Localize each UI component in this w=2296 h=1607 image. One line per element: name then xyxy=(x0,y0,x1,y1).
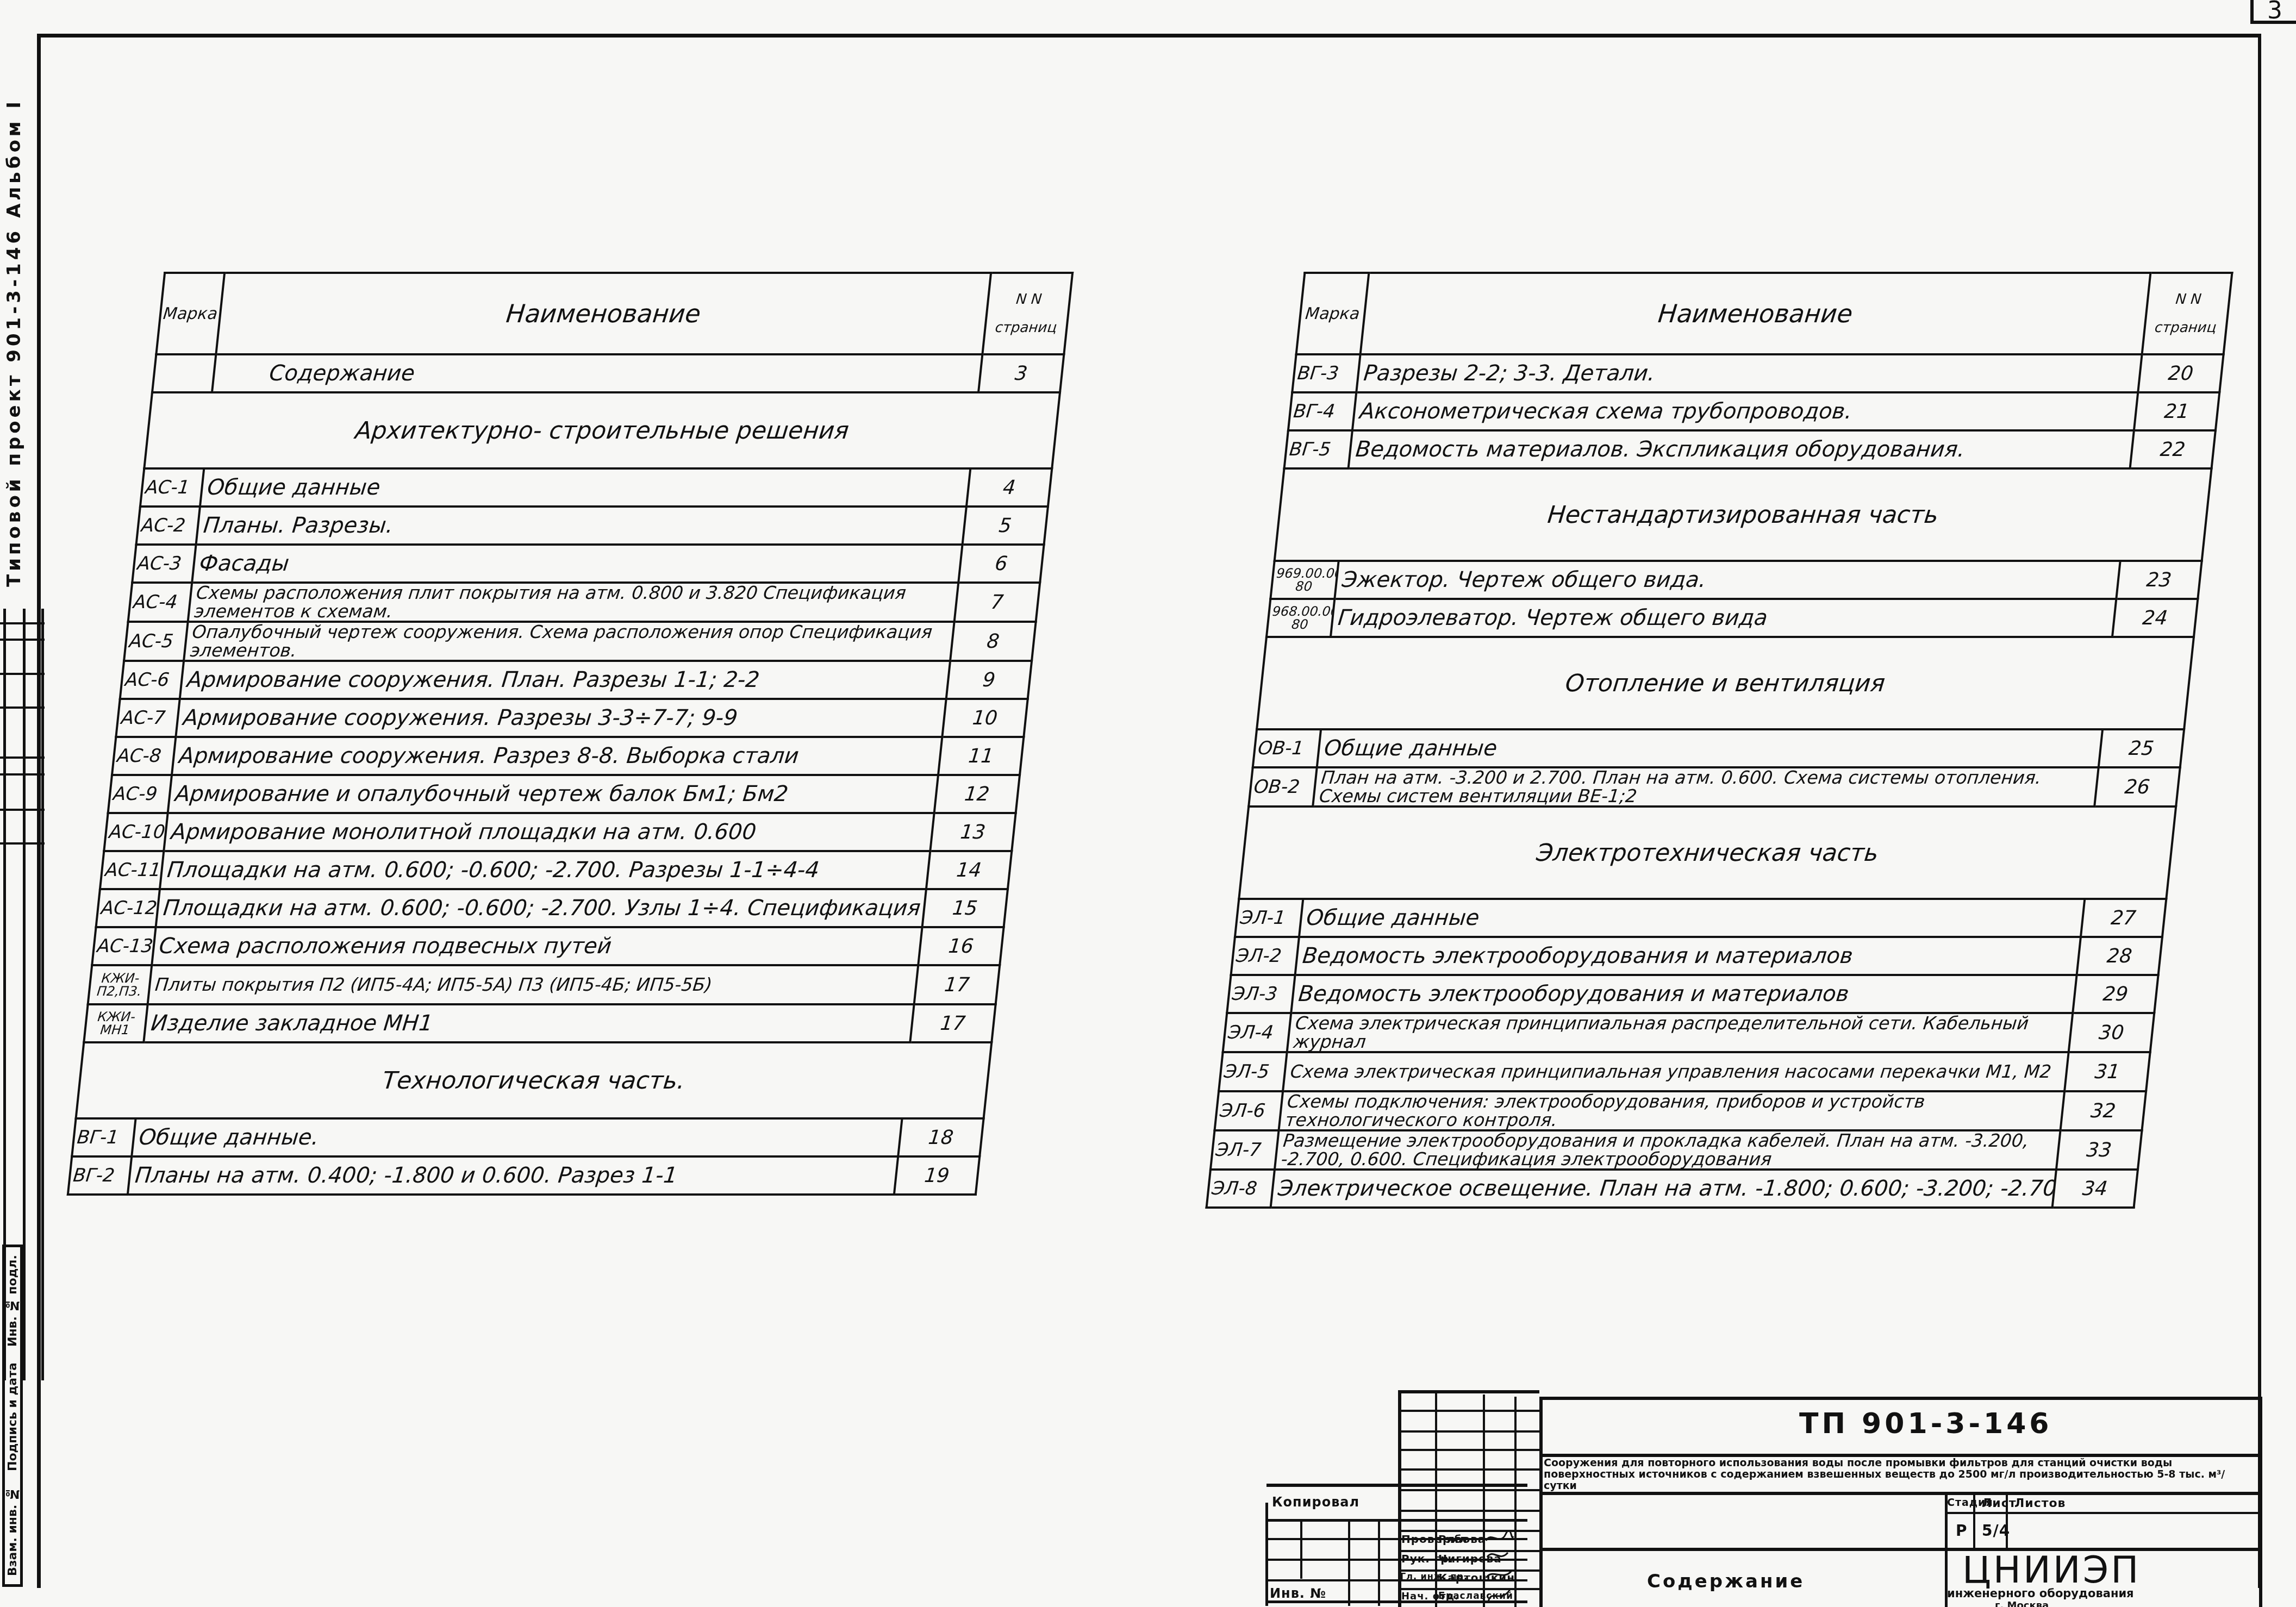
row-name: Ведомость материалов. Экспликация оборуд… xyxy=(1349,430,2134,468)
header-marka: Марка xyxy=(1296,273,1369,354)
row-marka: 969.00.00 80 xyxy=(1270,561,1338,599)
row-marka: АС-3 xyxy=(132,545,196,583)
contents-table-right: МаркаНаименованиеN NстраницВГ-3Разрезы 2… xyxy=(1205,272,2233,1209)
contents-table-left: МаркаНаименованиеN NстраницСодержание3Ар… xyxy=(67,272,1074,1196)
table-row: ВГ-1Общие данные.18 xyxy=(72,1118,983,1156)
table-row: ЭЛ-7Размещение электрооборудования и про… xyxy=(1211,1130,2142,1170)
table-row: ЭЛ-5Схема электрическая принципиальная у… xyxy=(1219,1052,2150,1091)
table-row: АС-12Площадки на атм. 0.600; -0.600; -2.… xyxy=(96,889,1008,927)
table-row: АС-6Армирование сооружения. План. Разрез… xyxy=(120,661,1032,699)
row-marka: АС-12 xyxy=(96,889,160,927)
section-heading-row: Отопление и вентиляция xyxy=(1257,637,2194,729)
table-row: АС-1Общие данные4 xyxy=(140,468,1052,507)
row-marka xyxy=(152,354,216,392)
row-page: 17 xyxy=(914,965,1000,1004)
table-row: 968.00.00 80Гидроэлеватор. Чертеж общего… xyxy=(1266,599,2198,637)
table-row: АС-10Армирование монолитной площадки на … xyxy=(104,813,1015,851)
row-page: 8 xyxy=(950,622,1036,661)
table-row: ЭЛ-4Схема электрическая принципиальная р… xyxy=(1223,1013,2155,1052)
row-name: План на атм. -3.200 и 2.700. План на атм… xyxy=(1313,767,2099,806)
sheet-label: Лист xyxy=(1982,1497,2016,1510)
row-marka: ВГ-4 xyxy=(1288,392,1356,430)
header-pages-line2: страниц xyxy=(985,314,1067,342)
row-page: 10 xyxy=(942,699,1027,737)
row-page: 9 xyxy=(946,661,1032,699)
row-name: Общие данные. xyxy=(132,1118,902,1156)
row-page: 12 xyxy=(934,775,1020,813)
section-title: Технологическая часть. xyxy=(76,1042,992,1118)
row-marka: АС-4 xyxy=(128,583,192,622)
row-name: Схемы подключения: электрооборудования, … xyxy=(1279,1091,2065,1130)
row-page: 34 xyxy=(2052,1170,2138,1208)
header-marka: Марка xyxy=(156,273,224,354)
table-row: ЭЛ-1Общие данные27 xyxy=(1235,899,2166,937)
row-page: 17 xyxy=(910,1004,995,1042)
table-row: КЖИ-П2,П3.Плиты покрытия П2 (ИП5-4А; ИП5… xyxy=(88,965,1000,1004)
row-page: 26 xyxy=(2094,767,2180,806)
row-name: Схема расположения подвесных путей xyxy=(152,927,922,965)
row-marka: ЭЛ-6 xyxy=(1215,1091,1283,1130)
row-page: 22 xyxy=(2130,430,2216,468)
row-name: Армирование и опалубочный чертеж балок Б… xyxy=(168,775,938,813)
row-name: Армирование сооружения. Разрез 8-8. Выбо… xyxy=(172,737,942,775)
row-name: Армирование сооружения. План. Разрезы 1-… xyxy=(180,661,950,699)
row-page: 16 xyxy=(918,927,1003,965)
row-name: Размещение электрооборудования и проклад… xyxy=(1275,1130,2061,1170)
header-pages-line2: страниц xyxy=(2144,314,2226,342)
table-row: ВГ-2Планы на атм. 0.400; -1.800 и 0.600.… xyxy=(68,1156,979,1195)
row-marka: ЭЛ-1 xyxy=(1235,899,1303,937)
row-marka: ЭЛ-4 xyxy=(1223,1013,1291,1052)
table-header: МаркаНаименованиеN Nстраниц xyxy=(156,273,1072,354)
row-page: 13 xyxy=(930,813,1015,851)
table-row: ОВ-2План на атм. -3.200 и 2.700. План на… xyxy=(1249,767,2180,806)
row-page: 25 xyxy=(2099,729,2184,767)
inv-label: Инв. № xyxy=(1270,1586,1326,1601)
table-row: АС-13Схема расположения подвесных путей1… xyxy=(92,927,1003,965)
sheet-title: Содержание xyxy=(1647,1571,1805,1592)
row-marka: АС-6 xyxy=(120,661,184,699)
title-block: Копировал Инв. № Проверил Рябова Рук. гр… xyxy=(1256,1386,2261,1607)
section-title: Отопление и вентиляция xyxy=(1257,637,2194,729)
row-name: Схемы расположения плит покрытия на атм.… xyxy=(188,583,959,622)
side-stamp-replace-inv: Взам. инв. № xyxy=(6,1487,20,1576)
table-row: ЭЛ-2Ведомость электрооборудования и мате… xyxy=(1231,937,2162,975)
row-page: 19 xyxy=(894,1156,979,1195)
row-name: Схема электрическая принципиальная распр… xyxy=(1287,1013,2073,1052)
project-code: ТП 901-3-146 xyxy=(1799,1408,2052,1440)
section-title: Архитектурно- строительные решения xyxy=(144,392,1060,468)
row-name: Ведомость электрооборудования и материал… xyxy=(1295,937,2081,975)
signature-name-1: Рябова xyxy=(1438,1533,1486,1546)
row-page: 31 xyxy=(2064,1052,2150,1091)
row-marka: ОВ-1 xyxy=(1253,729,1321,767)
row-page: 7 xyxy=(954,583,1040,622)
table-row: АС-11Площадки на атм. 0.600; -0.600; -2.… xyxy=(100,851,1012,889)
row-name: Общие данные xyxy=(1317,729,2102,767)
row-name: Гидроэлеватор. Чертеж общего вида xyxy=(1331,599,2116,637)
row-page: 14 xyxy=(926,851,1012,889)
table-row: АС-9Армирование и опалубочный чертеж бал… xyxy=(108,775,1020,813)
row-name: Общие данные xyxy=(1299,899,2085,937)
header-pages-line1: N N xyxy=(988,285,1070,314)
row-marka: 968.00.00 80 xyxy=(1266,599,1334,637)
table-row: 969.00.00 80Эжектор. Чертеж общего вида.… xyxy=(1270,561,2201,599)
row-marka: АС-9 xyxy=(108,775,172,813)
header-name: Наименование xyxy=(216,273,991,354)
row-page: 18 xyxy=(898,1118,983,1156)
table-row: ВГ-4Аксонометрическая схема трубопроводо… xyxy=(1288,392,2219,430)
header-pages-line1: N N xyxy=(2148,285,2230,314)
table-row: Содержание3 xyxy=(152,354,1064,392)
sheets-label: Листов xyxy=(2014,1497,2066,1510)
header-name: Наименование xyxy=(1361,273,2151,354)
row-page: 30 xyxy=(2069,1013,2155,1052)
copied-label: Копировал xyxy=(1272,1495,1359,1510)
row-marka: КЖИ-П2,П3. xyxy=(88,965,152,1004)
table-row: ВГ-3Разрезы 2-2; 3-3. Детали.20 xyxy=(1292,354,2223,392)
row-page: 3 xyxy=(978,354,1064,392)
handwritten-signatures xyxy=(1484,1530,1515,1606)
organization-city: г. Москва xyxy=(1995,1600,2049,1607)
section-heading-row: Технологическая часть. xyxy=(76,1042,992,1118)
row-name: Изделие закладное МН1 xyxy=(143,1004,914,1042)
row-name: Армирование сооружения. Разрезы 3-3÷7-7;… xyxy=(176,699,946,737)
row-name: Разрезы 2-2; 3-3. Детали. xyxy=(1356,354,2142,392)
row-marka: ЭЛ-7 xyxy=(1211,1130,1279,1170)
row-page: 4 xyxy=(966,468,1052,507)
row-page: 27 xyxy=(2081,899,2166,937)
row-marka: АС-7 xyxy=(116,699,179,737)
row-marka: ЭЛ-8 xyxy=(1207,1170,1275,1208)
row-name: Фасады xyxy=(192,545,962,583)
row-page: 5 xyxy=(963,507,1048,545)
table-row: ВГ-5Ведомость материалов. Экспликация об… xyxy=(1284,430,2216,468)
row-name: Площадки на атм. 0.600; -0.600; -2.700. … xyxy=(160,851,930,889)
row-page: 29 xyxy=(2073,975,2158,1013)
table-row: ЭЛ-3Ведомость электрооборудования и мате… xyxy=(1227,975,2158,1013)
row-marka: АС-5 xyxy=(124,622,188,661)
section-heading-row: Архитектурно- строительные решения xyxy=(144,392,1060,468)
row-name: Содержание xyxy=(212,354,982,392)
row-page: 32 xyxy=(2061,1091,2147,1130)
row-name: Схема электрическая принципиальная управ… xyxy=(1283,1052,2069,1091)
header-pages: N Nстраниц xyxy=(2142,273,2232,354)
row-page: 15 xyxy=(922,889,1008,927)
row-name: Ведомость электрооборудования и материал… xyxy=(1291,975,2076,1013)
row-page: 23 xyxy=(2116,561,2201,599)
row-marka: ОВ-2 xyxy=(1249,767,1317,806)
row-marka: АС-2 xyxy=(136,507,200,545)
row-marka: ВГ-2 xyxy=(68,1156,132,1195)
sheet-value: 5/4 xyxy=(1982,1522,2010,1540)
row-marka: ВГ-5 xyxy=(1284,430,1352,468)
row-page: 6 xyxy=(958,545,1044,583)
page-number: 3 xyxy=(2250,0,2296,24)
row-name: Электрическое освещение. План на атм. -1… xyxy=(1271,1170,2056,1208)
row-name: Эжектор. Чертеж общего вида. xyxy=(1334,561,2120,599)
organization-name: ЦНИИЭП xyxy=(1962,1549,2141,1592)
row-page: 33 xyxy=(2056,1130,2142,1170)
organization-subtitle: инженерного оборудования xyxy=(1947,1587,2134,1600)
table-header: МаркаНаименованиеN Nстраниц xyxy=(1296,273,2232,354)
table-row: АС-7Армирование сооружения. Разрезы 3-3÷… xyxy=(116,699,1027,737)
table-row: КЖИ-МН1Изделие закладное МН117 xyxy=(84,1004,995,1042)
side-stamp-inventory: Взам. инв. № Подпись и дата Инв. № подл. xyxy=(2,1245,23,1587)
side-stamp-project: Типовой проект 901-3-146 Альбом I xyxy=(3,92,25,592)
row-name: Площадки на атм. 0.600; -0.600; -2.700. … xyxy=(156,889,926,927)
row-marka: АС-10 xyxy=(104,813,167,851)
row-name: Планы. Разрезы. xyxy=(196,507,966,545)
row-marka: АС-13 xyxy=(92,927,155,965)
row-page: 11 xyxy=(938,737,1024,775)
row-name: Армирование монолитной площадки на атм. … xyxy=(164,813,934,851)
table-row: АС-3Фасады6 xyxy=(132,545,1044,583)
side-stamp-orig-inv: Инв. № подл. xyxy=(6,1255,20,1347)
row-page: 20 xyxy=(2138,354,2223,392)
table-row: ЭЛ-6Схемы подключения: электрооборудован… xyxy=(1215,1091,2147,1130)
table-row: АС-5Опалубочный чертеж сооружения. Схема… xyxy=(124,622,1036,661)
section-title: Электротехническая часть xyxy=(1239,806,2176,899)
row-marka: КЖИ-МН1 xyxy=(84,1004,147,1042)
section-heading-row: Электротехническая часть xyxy=(1239,806,2176,899)
row-page: 21 xyxy=(2134,392,2219,430)
row-marka: АС-8 xyxy=(112,737,176,775)
row-marka: ВГ-3 xyxy=(1292,354,1360,392)
row-marka: ЭЛ-3 xyxy=(1227,975,1295,1013)
row-marka: АС-1 xyxy=(140,468,204,507)
row-page: 28 xyxy=(2077,937,2162,975)
row-page: 24 xyxy=(2112,599,2198,637)
header-pages: N Nстраниц xyxy=(982,273,1072,354)
section-title: Нестандартизированная часть xyxy=(1275,468,2212,561)
row-name: Опалубочный чертеж сооружения. Схема рас… xyxy=(184,622,954,661)
row-marka: ВГ-1 xyxy=(72,1118,135,1156)
table-row: ОВ-1Общие данные25 xyxy=(1253,729,2184,767)
row-name: Плиты покрытия П2 (ИП5-4А; ИП5-5А) П3 (И… xyxy=(148,965,919,1004)
row-marka: АС-11 xyxy=(100,851,164,889)
table-row: АС-4Схемы расположения плит покрытия на … xyxy=(128,583,1040,622)
section-heading-row: Нестандартизированная часть xyxy=(1275,468,2212,561)
table-row: АС-8Армирование сооружения. Разрез 8-8. … xyxy=(112,737,1024,775)
project-description: Сооружения для повторного использования … xyxy=(1544,1458,2256,1492)
table-row: ЭЛ-8Электрическое освещение. План на атм… xyxy=(1207,1170,2138,1208)
row-marka: ЭЛ-5 xyxy=(1219,1052,1287,1091)
table-row: АС-2Планы. Разрезы.5 xyxy=(136,507,1048,545)
row-name: Общие данные xyxy=(200,468,970,507)
stage-value: Р xyxy=(1956,1522,1968,1540)
side-stamp-signature-date: Подпись и дата xyxy=(6,1363,20,1472)
row-name: Аксонометрическая схема трубопроводов. xyxy=(1352,392,2138,430)
row-name: Планы на атм. 0.400; -1.800 и 0.600. Раз… xyxy=(128,1156,898,1195)
row-marka: ЭЛ-2 xyxy=(1231,937,1299,975)
